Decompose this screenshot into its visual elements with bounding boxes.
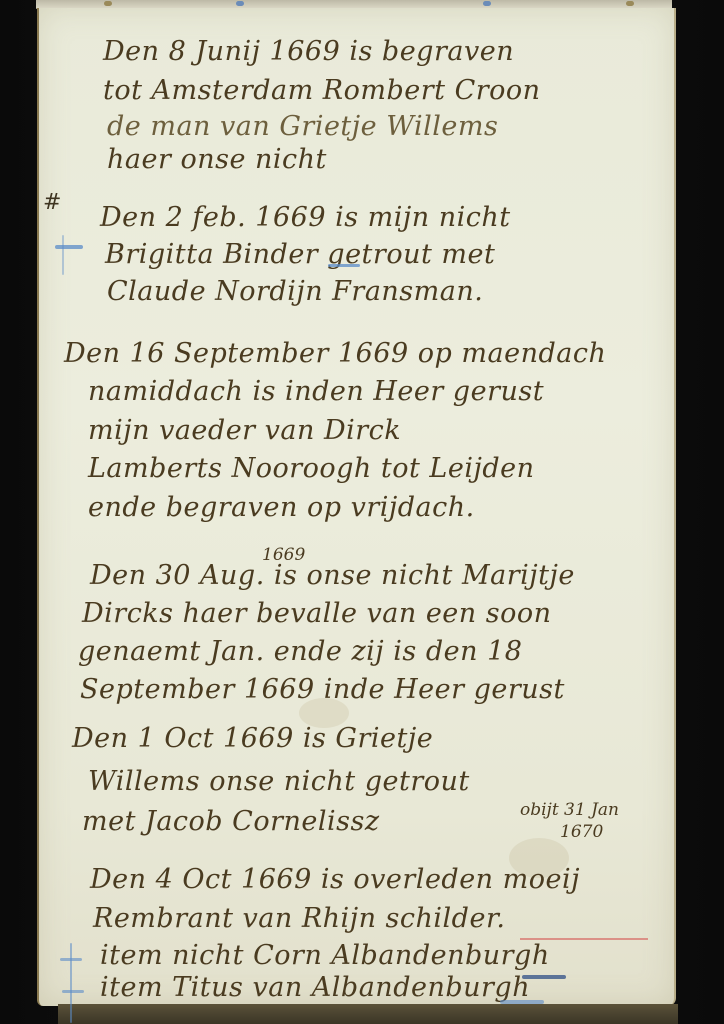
top-edge-blue-speck — [483, 1, 491, 6]
blue-pencil-cross-icon — [60, 958, 82, 961]
entry-6-line-1: Den 4 Oct 1669 is overleden moeij — [90, 866, 580, 893]
entry-3-line-1: Den 16 September 1669 op maendach — [64, 340, 606, 367]
entry-5-line-2: Willems onse nicht getrout — [88, 768, 470, 795]
entry-1-line-3: de man van Grietje Willems — [107, 113, 498, 140]
entry-5-line-1: Den 1 Oct 1669 is Grietje — [72, 725, 433, 752]
entry-1-line-1: Den 8 Junij 1669 is begraven — [103, 38, 514, 65]
blue-pencil-stroke-icon — [62, 235, 64, 275]
entry-4-line-2: Dircks haer bevalle van een soon — [82, 600, 552, 627]
entry-3-line-2: namiddach is inden Heer gerust — [88, 378, 544, 405]
blue-pencil-dash-icon — [55, 245, 83, 249]
binding-strip — [58, 1004, 678, 1024]
top-edge-blue-speck — [236, 1, 244, 6]
entry-3-line-3: mijn vaeder van Dirck — [88, 417, 401, 444]
entry-6-line-3: item nicht Corn Albandenburgh — [100, 942, 550, 969]
entry-6-line-2: Rembrant van Rhijn schilder. — [93, 905, 505, 932]
entry-2-line-1: Den 2 feb. 1669 is mijn nicht — [100, 204, 511, 231]
entry-6-line-4: item Titus van Albandenburgh — [100, 974, 530, 1001]
blue-underline-icon — [522, 975, 566, 979]
red-pencil-underline-icon — [520, 938, 648, 940]
entry-5-addendum: obijt 31 Jan — [520, 800, 619, 820]
entry-4-line-4: September 1669 inde Heer gerust — [80, 676, 565, 703]
entry-2-line-3: Claude Nordijn Fransman. — [107, 278, 483, 305]
entry-4-line-3: genaemt Jan. ende zij is den 18 — [78, 638, 522, 665]
top-edge-stain — [104, 1, 112, 6]
blue-pencil-cross-stroke-icon — [70, 943, 72, 1023]
blue-underline-icon — [328, 264, 360, 267]
blue-pencil-cross-icon — [62, 990, 84, 993]
top-edge-stain — [626, 1, 634, 6]
entry-1-line-2: tot Amsterdam Rombert Croon — [103, 77, 541, 104]
entry-2-line-2: Brigitta Binder getrout met — [105, 241, 495, 268]
entry-5-line-3: met Jacob Cornelissz — [82, 808, 380, 835]
entry-3-line-5: ende begraven op vrijdach. — [88, 494, 475, 521]
margin-hash-mark: # — [43, 190, 61, 215]
entry-3-line-4: Lamberts Nooroogh tot Leijden — [88, 455, 535, 482]
entry-4-line-1: Den 30 Aug. is onse nicht Marijtje — [90, 562, 575, 589]
blue-underline-icon — [500, 1000, 544, 1004]
entry-5-addendum-year: 1670 — [560, 822, 603, 842]
entry-1-line-4: haer onse nicht — [107, 146, 327, 173]
